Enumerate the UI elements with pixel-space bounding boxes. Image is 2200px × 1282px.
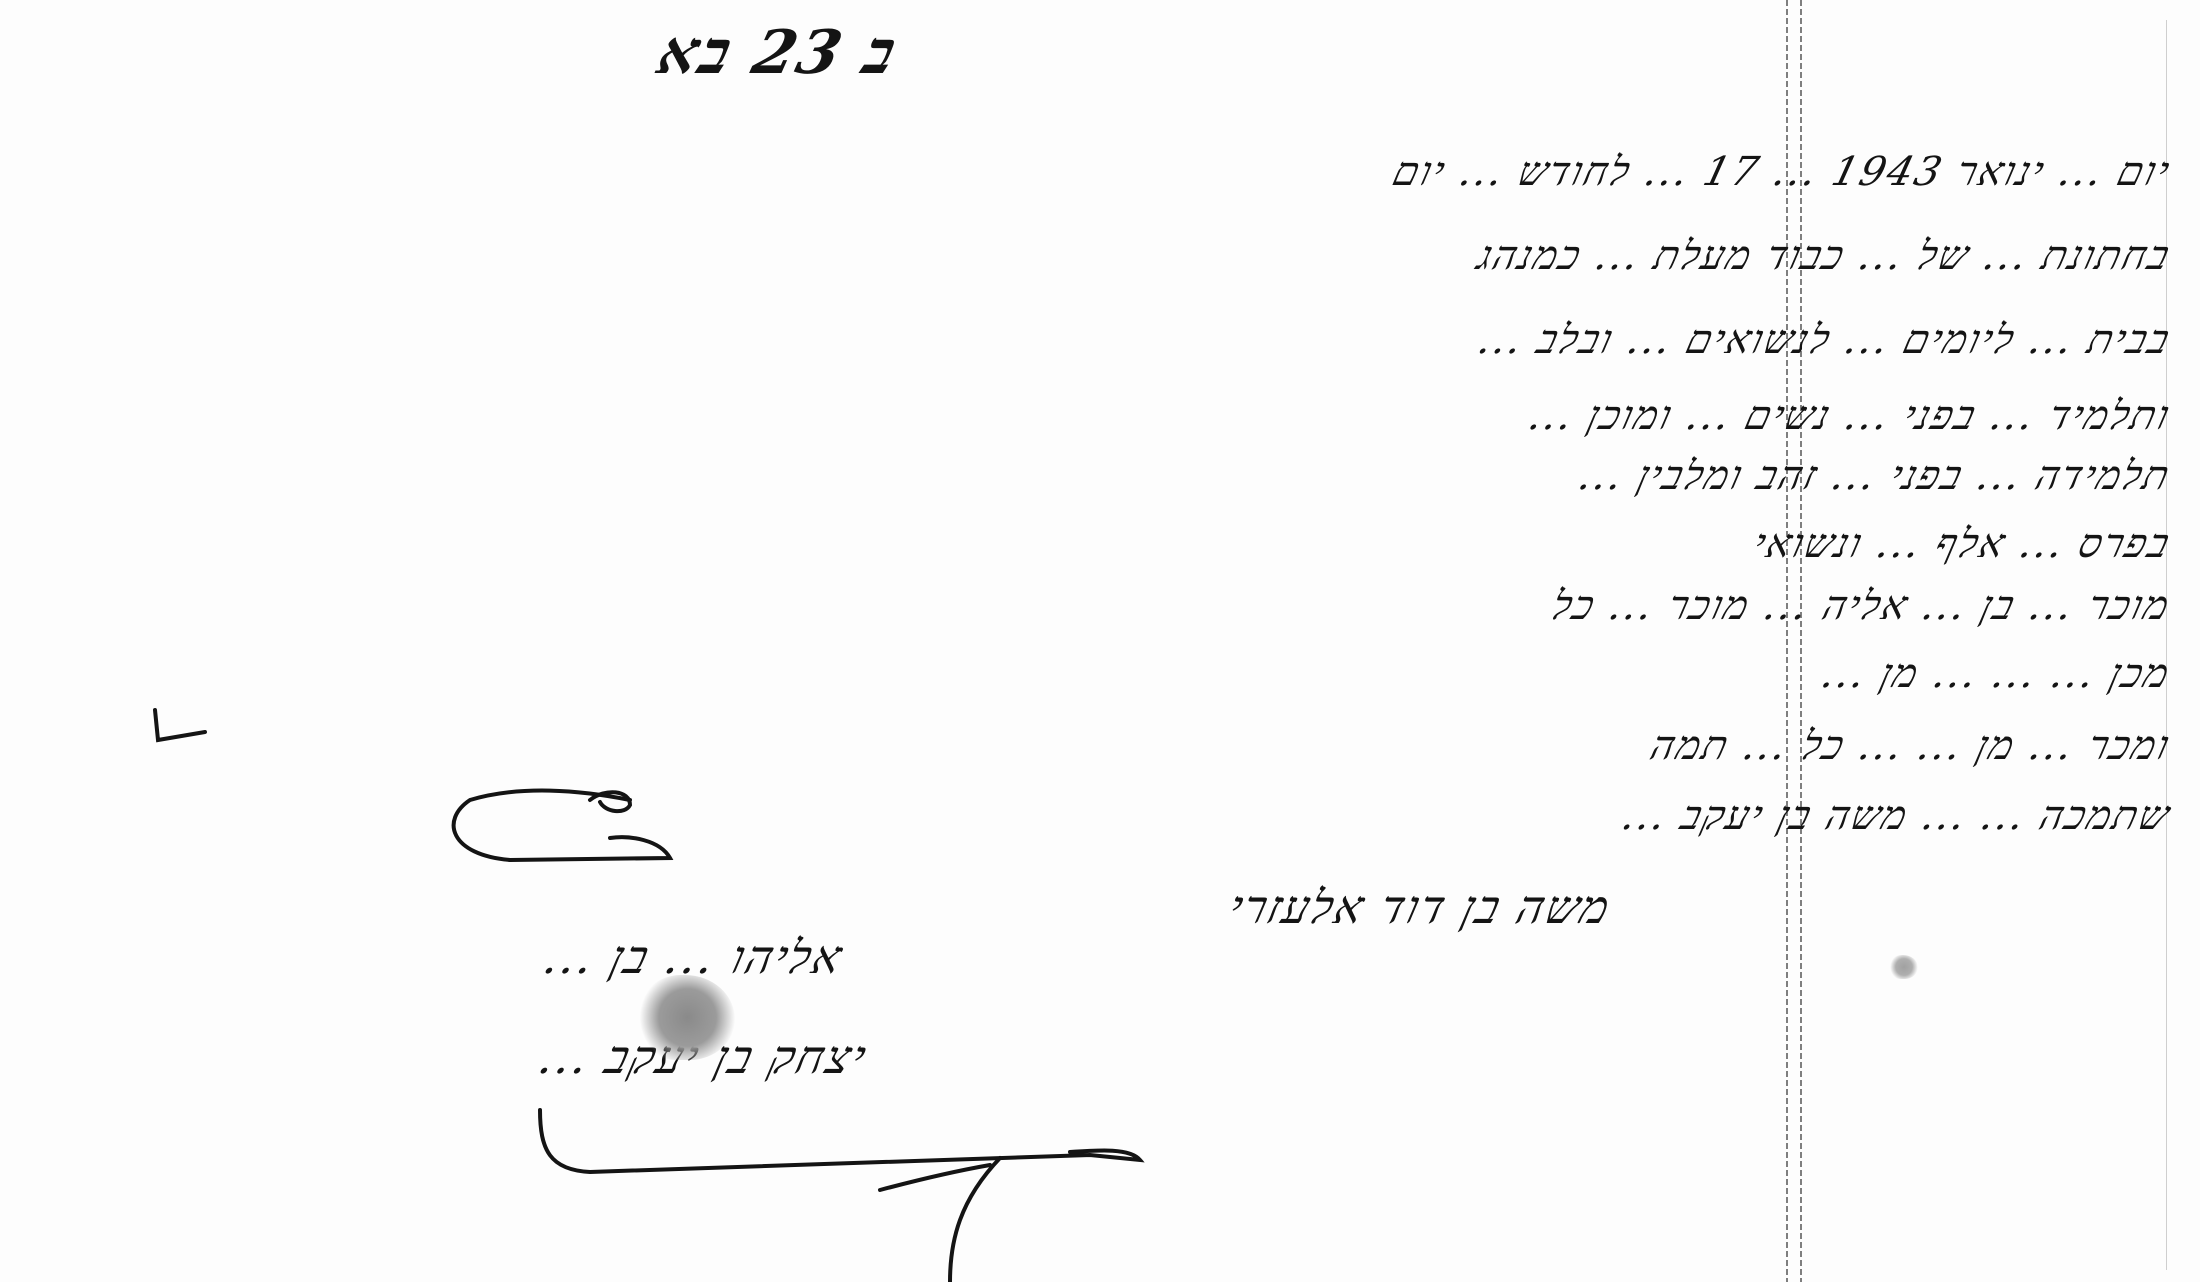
scanned-document-page: ב 23 בא יום ... ינואר 1943 ... 17 ... לח… (0, 0, 2200, 1282)
ink-smudge (640, 975, 735, 1060)
body-line-1: בחתונת ... של ... כבוד מעלת ... כמנהג (144, 232, 2176, 279)
page-edge-line (2166, 20, 2167, 1270)
line-end-flourish (150, 700, 210, 760)
body-line-2: בבית ... ליומים ... לנשואים ... ובלב ... (144, 316, 2176, 363)
ink-speck (1890, 955, 1918, 979)
signature-flourish-top (430, 780, 680, 880)
signature-underline-flourish (530, 1110, 1170, 1282)
document-number-heading: ב 23 בא (651, 18, 904, 88)
body-line-4: תלמידה ... בפני ... זהב ומלבין ... (174, 452, 2176, 499)
body-line-6: מוכר ... בן ... אליה ... מוכר ... כל (154, 582, 2176, 629)
body-line-8: ומכר ... מן ... ... כל ... תמה (154, 722, 2176, 769)
date-line: יום ... ינואר 1943 ... 17 ... לחודש ... … (604, 148, 2176, 195)
body-line-7: מכן ... ... ... מן ... (89, 650, 2176, 697)
body-line-5: בפרס ... אלף ... ונשואי (169, 520, 2176, 567)
signature-1: משה בן דוד אלעזרי (1223, 880, 1617, 934)
body-line-3: ותלמיד ... בפני ... נשים ... ומוכן ... (159, 392, 2176, 439)
